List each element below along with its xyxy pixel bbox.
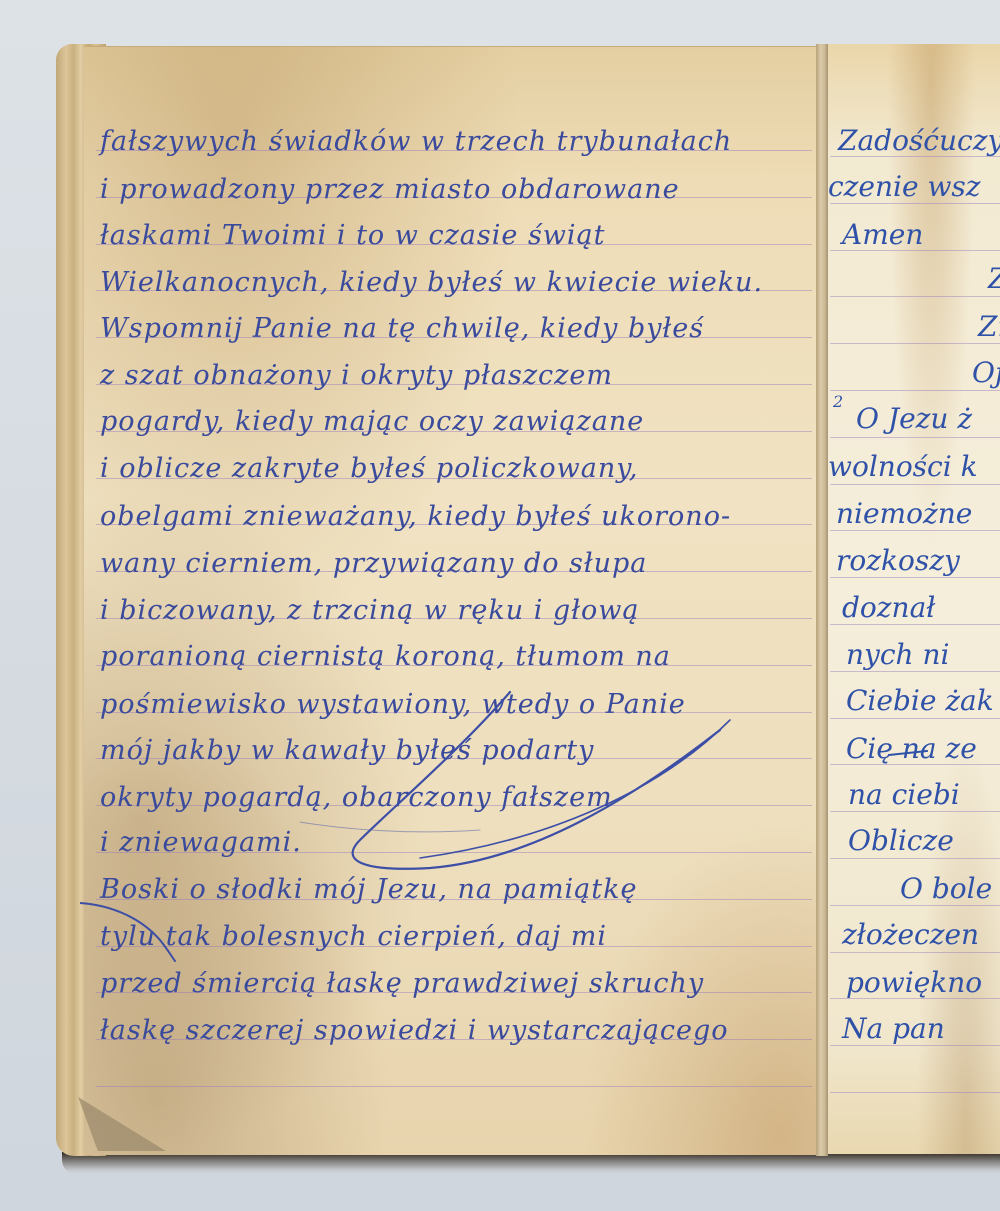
right-line-13: Ciebie żak — [846, 684, 994, 718]
ruled-line — [830, 437, 1000, 438]
left-line-15: okryty pogardą, obarczony fałszem — [100, 781, 613, 815]
left-line-20: łaskę szczerej spowiedzi i wystarczające… — [100, 1014, 729, 1048]
left-line-16: i zniewagami. — [100, 826, 302, 860]
left-line-4: Wielkanocnych, kiedy byłeś w kwiecie wie… — [100, 266, 763, 300]
right-line-20: Na pan — [842, 1012, 945, 1046]
left-line-6: z szat obnażony i okryty płaszczem — [100, 359, 613, 393]
left-line-1: fałszywych świadków w trzech trybunałach — [100, 125, 732, 159]
right-line-11: doznał — [842, 591, 935, 625]
left-line-2: i prowadzony przez miasto obdarowane — [100, 173, 680, 207]
left-line-13: pośmiewisko wystawiony, wtedy o Panie — [100, 688, 686, 722]
right-line-18: złożeczen — [842, 918, 979, 952]
margin-number: 2 — [833, 392, 843, 411]
left-line-10: wany cierniem, przywiązany do słupa — [100, 547, 647, 581]
right-line-8: wolności k — [828, 450, 978, 484]
left-line-3: łaskami Twoimi i to w czasie świąt — [100, 219, 606, 253]
right-line-3: Amen — [842, 218, 923, 252]
right-line-10: rozkoszy — [836, 544, 960, 578]
right-line-9: niemożne — [836, 497, 972, 531]
left-line-5: Wspomnij Panie na tę chwilę, kiedy byłeś — [100, 312, 704, 346]
pen-strike-mark — [80, 895, 200, 965]
right-line-2: czenie wsz — [828, 170, 981, 204]
right-line-5: Zn — [978, 310, 1000, 344]
right-line-6: Oj — [972, 356, 1000, 390]
ruled-line — [830, 858, 1000, 859]
ruled-line — [830, 343, 1000, 344]
left-line-19: przed śmiercią łaskę prawdziwej skruchy — [100, 967, 704, 1001]
right-line-17: O bole — [900, 872, 992, 906]
left-line-8: i oblicze zakryte byłeś policzkowany, — [100, 452, 639, 486]
ruled-line — [830, 1092, 1000, 1093]
right-line-12: nych ni — [846, 638, 949, 672]
left-line-7: pogardy, kiedy mając oczy zawiązane — [100, 405, 644, 439]
ruled-line — [830, 296, 1000, 297]
notebook-shadow — [62, 1152, 1000, 1174]
left-line-11: i biczowany, z trzciną w ręku i głową — [100, 594, 639, 628]
left-line-9: obelgami znieważany, kiedy byłeś ukorono… — [100, 500, 731, 534]
right-line-7: O Jezu ż — [856, 402, 972, 436]
left-line-12: poranioną ciernistą koroną, tłumom na — [100, 640, 671, 674]
ruled-line — [830, 390, 1000, 391]
ruled-line — [96, 1086, 812, 1087]
open-notebook: fałszywych świadków w trzech trybunałach… — [0, 0, 1000, 1211]
notebook-gutter — [816, 44, 828, 1156]
left-line-14: mój jakby w kawały byłeś podarty — [100, 734, 594, 768]
right-line-4: Z — [988, 262, 1000, 296]
right-line-1: Zadośćuczy — [838, 124, 1000, 158]
right-line-19: powiękno — [846, 966, 982, 1000]
right-line-16: Oblicze — [848, 824, 954, 858]
right-line-15: na ciebi — [848, 778, 960, 812]
right-line-14: Cię na ze — [846, 732, 977, 766]
